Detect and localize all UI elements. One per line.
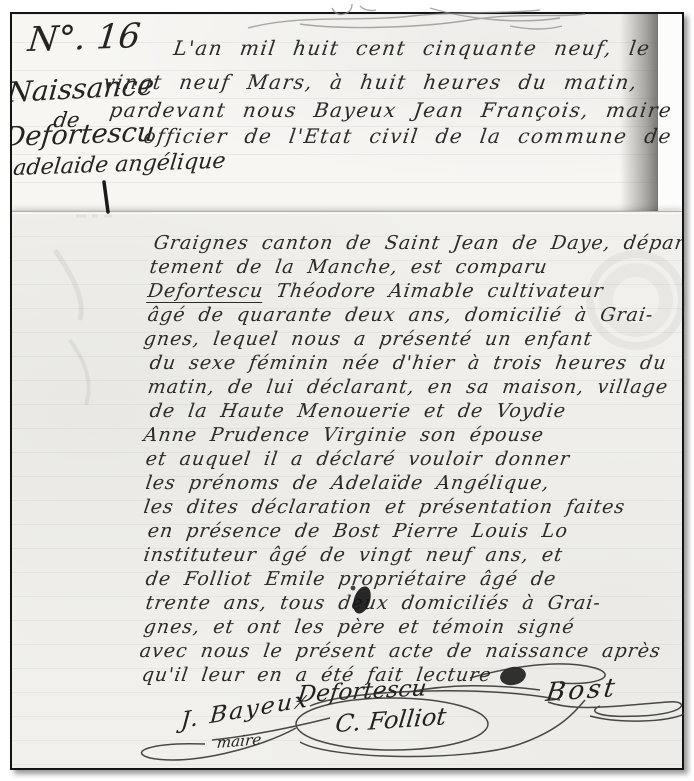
- body-line: gnes, et ont les père et témoin signé: [142, 616, 576, 640]
- body-line: gnes, lequel nous a présenté un enfant: [142, 328, 594, 352]
- body-line: matin, de lui déclarant, en sa maison, v…: [146, 376, 670, 400]
- scan-frame: N°. 16 Naissance de Defortescu adelaide …: [10, 12, 684, 770]
- opening-line: L'an mil huit cent cinquante neuf, le: [172, 36, 652, 60]
- body-line-rest: Théodore Aimable cultivateur: [262, 280, 605, 302]
- opening-line: officier de l'Etat civil de la commune d…: [142, 124, 674, 148]
- signature-witness-folliot: C. Folliot: [334, 702, 448, 738]
- body-line: Graignes canton de Saint Jean de Daye, d…: [152, 232, 684, 256]
- signature-mayor: J. Bayeux: [180, 687, 310, 734]
- margin-child-name: adelaide angélique: [12, 149, 227, 181]
- body-line: Anne Prudence Virginie son épouse: [142, 424, 545, 448]
- body-line: de Folliot Emile propriétaire âgé de: [144, 568, 558, 592]
- act-number: N°. 16: [26, 16, 142, 60]
- opening-line: pardevant nous Bayeux Jean François, mai…: [108, 98, 674, 122]
- fragment-top: N°. 16 Naissance de Defortescu adelaide …: [12, 14, 682, 211]
- signature-father: Defortescu: [296, 675, 428, 708]
- margin-family-name: Defortescu: [10, 117, 156, 153]
- body-line: les prénoms de Adelaïde Angélique,: [144, 472, 551, 496]
- scanned-birth-record: N°. 16 Naissance de Defortescu adelaide …: [0, 0, 694, 781]
- body-line: tement de la Manche, est comparu: [148, 256, 549, 280]
- signature-witness-bost: Bost: [544, 673, 620, 708]
- opening-line: vingt neuf Mars, à huit heures du matin,: [102, 70, 639, 94]
- body-line: instituteur âgé de vingt neuf ans, et: [142, 544, 564, 568]
- declarant-name: Defortescu: [146, 280, 265, 303]
- body-line: les dites déclaration et présentation fa…: [142, 496, 627, 520]
- body-line: en présence de Bost Pierre Louis Lo: [146, 520, 570, 544]
- body-line: trente ans, tous deux domiciliés à Grai-: [144, 592, 602, 616]
- fragment-bottom: Graignes canton de Saint Jean de Daye, d…: [12, 211, 682, 770]
- signature-mayor-title: maire: [216, 730, 262, 752]
- body-line: âgé de quarante deux ans, domicilié à Gr…: [146, 304, 655, 328]
- body-line: de la Haute Menouerie et de Voydie: [148, 400, 568, 424]
- body-line: et auquel il a déclaré vouloir donner: [144, 448, 572, 472]
- body-line: Defortescu Théodore Aimable cultivateur: [146, 280, 605, 304]
- body-line: du sexe féminin née d'hier à trois heure…: [148, 352, 668, 376]
- body-line: avec nous le présent acte de naissance a…: [138, 640, 662, 664]
